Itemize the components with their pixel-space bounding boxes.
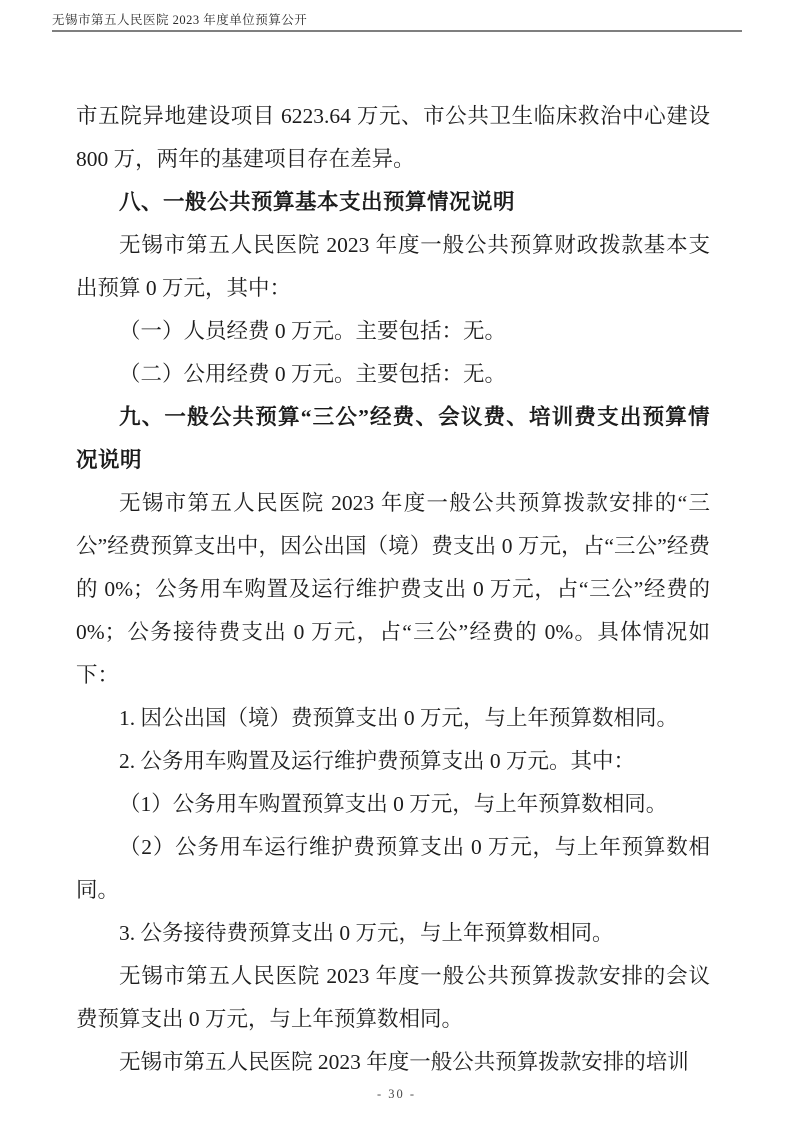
document-body: 市五院异地建设项目 6223.64 万元、市公共卫生临床救治中心建设 800 万… <box>76 95 710 1084</box>
paragraph: 无锡市第五人民医院 2023 年度一般公共预算拨款安排的培训 <box>76 1041 710 1084</box>
paragraph: 无锡市第五人民医院 2023 年度一般公共预算拨款安排的“三公”经费预算支出中，… <box>76 482 710 697</box>
page-header: 无锡市第五人民医院 2023 年度单位预算公开 <box>52 12 742 32</box>
document-page: 无锡市第五人民医院 2023 年度单位预算公开 市五院异地建设项目 6223.6… <box>0 0 793 1122</box>
paragraph: 3. 公务接待费预算支出 0 万元，与上年预算数相同。 <box>76 912 710 955</box>
section-heading: 九、一般公共预算“三公”经费、会议费、培训费支出预算情况说明 <box>76 396 710 482</box>
paragraph: 市五院异地建设项目 6223.64 万元、市公共卫生临床救治中心建设 800 万… <box>76 95 710 181</box>
page-footer: - 30 - <box>0 1087 793 1102</box>
paragraph: 1. 因公出国（境）费预算支出 0 万元，与上年预算数相同。 <box>76 697 710 740</box>
section-heading: 八、一般公共预算基本支出预算情况说明 <box>76 181 710 224</box>
paragraph: 2. 公务用车购置及运行维护费预算支出 0 万元。其中： <box>76 740 710 783</box>
header-title: 无锡市第五人民医院 2023 年度单位预算公开 <box>52 12 742 28</box>
page-number: - 30 - <box>377 1087 416 1101</box>
header-rule <box>52 30 742 32</box>
paragraph: （2）公务用车运行维护费预算支出 0 万元，与上年预算数相同。 <box>76 826 710 912</box>
paragraph: （二）公用经费 0 万元。主要包括：无。 <box>76 353 710 396</box>
paragraph: （一）人员经费 0 万元。主要包括：无。 <box>76 310 710 353</box>
paragraph: （1）公务用车购置预算支出 0 万元，与上年预算数相同。 <box>76 783 710 826</box>
paragraph: 无锡市第五人民医院 2023 年度一般公共预算拨款安排的会议费预算支出 0 万元… <box>76 955 710 1041</box>
paragraph: 无锡市第五人民医院 2023 年度一般公共预算财政拨款基本支出预算 0 万元，其… <box>76 224 710 310</box>
